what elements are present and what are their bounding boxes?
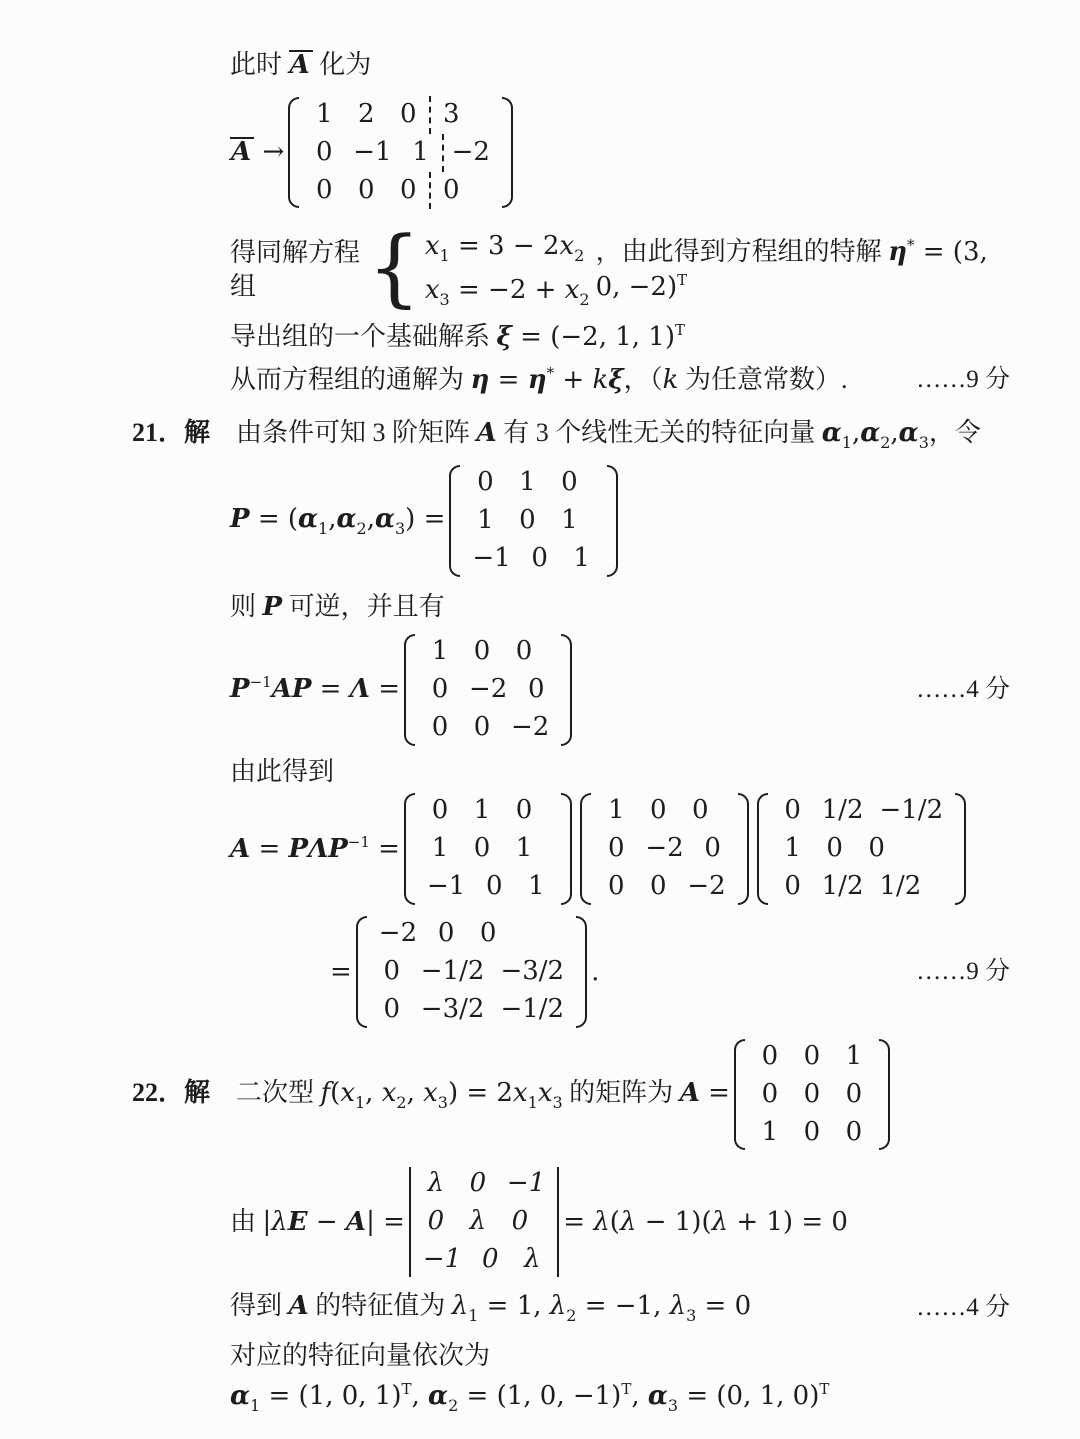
math-segment: 1 [318, 519, 328, 538]
matrix-row: 010 [419, 792, 557, 830]
matrix-p: 010101−101 [449, 462, 617, 580]
math-segment: 3 [919, 433, 929, 452]
math-segment: x [382, 1078, 397, 1108]
math-segment: = [250, 834, 288, 864]
math-segment: 则 [230, 592, 263, 621]
math-segment: 1 [355, 1093, 365, 1112]
math-segment: 由条件可知 3 阶矩阵 [210, 418, 477, 447]
matrix-cell: 0 [637, 868, 679, 906]
math-segment: A [230, 137, 254, 166]
matrix-cell: −2 [503, 709, 557, 747]
math-segment: λ [271, 1207, 287, 1237]
math-segment: + [554, 365, 592, 395]
basis-solution-text: 导出组的一个基础解系 ξ = (−2, 1, 1)T [230, 320, 685, 355]
augmented-matrix-abar: 12030−11−20000 [288, 94, 513, 212]
math-segment: = −2 + [450, 275, 565, 305]
matrix-cell: 0 [503, 633, 545, 671]
matrix-body: 12030−11−20000 [299, 94, 502, 212]
math-segment: 1 [528, 1093, 538, 1112]
product-matrix-3: 01/2−1/210001/21/2 [757, 790, 966, 908]
matrix-cell: 0 [461, 709, 503, 747]
math-segment: T [675, 321, 685, 339]
math-segment: = [370, 674, 400, 704]
matrix-p-lhs-text: P = (α1,α2,α3) = [230, 502, 445, 540]
math-segment: E [288, 1207, 308, 1237]
math-segment: ( [330, 1078, 340, 1108]
math-segment: 可逆，并且有 [282, 592, 445, 621]
matrix-paren-left [757, 793, 768, 905]
eq-general-solution: 从而方程组的通解为 η = η* + kξ，（k 为任意常数）. ……9 分 [230, 363, 1010, 398]
matrix-cell: 0 [772, 868, 814, 906]
matrix-paren-left [288, 97, 299, 209]
matrix-body: 001000100 [745, 1036, 879, 1154]
matrix-body: −2000−1/2−3/20−3/2−1/2 [367, 913, 576, 1031]
matrix-paren-right [561, 634, 572, 746]
matrix-body: λ0−10λ0−10λ [411, 1163, 557, 1281]
math-segment: 得同解方程组 [230, 238, 360, 301]
matrix-row: −101 [419, 868, 557, 906]
matrix-cell: −1/2 [413, 953, 493, 991]
math-segment: k [592, 365, 608, 395]
math-segment: α [648, 1381, 668, 1411]
matrix-paren-right [576, 916, 587, 1028]
math-segment: | = [366, 1207, 405, 1237]
math-segment: 1 [468, 1306, 478, 1325]
math-segment: 2 [448, 1396, 458, 1415]
math-segment: 2 [357, 519, 367, 538]
math-segment: λ [452, 1291, 468, 1321]
matrix-cell: 1 [548, 502, 590, 540]
matrix-cell: 3 [429, 96, 471, 134]
math-segment: 导出组的一个基础解系 [230, 322, 497, 351]
math-segment: , [367, 504, 375, 534]
math-segment: = [563, 1207, 593, 1237]
matrix-cell: −1 [345, 134, 399, 172]
matrix-cell: −1 [419, 868, 473, 906]
math-segment: 3 [668, 1396, 678, 1415]
matrix-cell: 1 [503, 830, 545, 868]
matrix-cell: 0 [473, 868, 515, 906]
matrix-row: −10λ [415, 1241, 553, 1279]
problem-22-solution-header: 22．解 二次型 f(x1, x2, x3) = 2x1x3 的矩阵为 A = … [132, 1036, 1010, 1154]
math-segment: → [254, 137, 284, 167]
math-segment: = [330, 957, 352, 987]
math-segment: α [860, 418, 880, 448]
context-intro-text: 此时 A 化为 [230, 48, 371, 82]
matrix-cell: 0 [345, 172, 387, 210]
characteristic-determinant: λ0−10λ0−10λ [409, 1163, 559, 1281]
matrix-paren-right [502, 97, 513, 209]
matrix-paren-left [404, 793, 415, 905]
matrix-paren-left [734, 1039, 745, 1151]
equation-system: { x1 = 3 − 2x2 x3 = −2 + x2 [367, 226, 589, 314]
score-mark-9a: ……9 分 [896, 364, 1010, 397]
score-mark-4b: ……4 分 [896, 1292, 1010, 1325]
matrix-cell: 0 [679, 792, 721, 830]
score-mark-9b: ……9 分 [896, 956, 1010, 989]
math-segment: 1 [842, 433, 852, 452]
matrix-row: 01/2−1/2 [772, 792, 951, 830]
math-segment: = [489, 365, 527, 395]
eq-eigenvectors: α1 = (1, 0, 1)T, α2 = (1, 0, −1)T, α3 = … [230, 1379, 1010, 1417]
math-segment: λ [593, 1207, 609, 1237]
matrix-cell: 0 [387, 96, 429, 134]
product-matrix-2: 1000−2000−2 [580, 790, 748, 908]
matrix-cell: 1 [464, 502, 506, 540]
matrix-cell: 0 [856, 830, 898, 868]
math-segment: A [477, 418, 497, 448]
math-segment: , [328, 504, 336, 534]
quadratic-form-matrix: 001000100 [734, 1036, 890, 1154]
math-segment: ，由此得到方程组的特解 [596, 237, 889, 266]
math-segment: 1 [250, 1396, 260, 1415]
p-invertible-text: 则 P 可逆，并且有 [230, 590, 445, 625]
math-segment: = [370, 834, 400, 864]
matrix-row: 100 [419, 633, 557, 671]
math-segment: α [375, 504, 395, 534]
eigenvector-intro-text: 对应的特征向量依次为 [230, 1339, 490, 1373]
eq-diagonal-form: P−1AP = Λ = 1000−2000−2 ……4 分 [230, 631, 1010, 749]
math-segment: 2 [579, 290, 589, 309]
matrix-row: 101 [419, 830, 557, 868]
math-segment: 由此得到 [230, 757, 334, 786]
matrix-cell: λ [457, 1203, 499, 1241]
equation-system-body: x1 = 3 − 2x2 x3 = −2 + x2 [421, 226, 590, 314]
matrix-cell: 0 [464, 464, 506, 502]
matrix-cell: 1 [595, 792, 637, 830]
matrix-cell: 0 [519, 540, 561, 578]
matrix-cell: −2 [371, 915, 425, 953]
math-segment: P [230, 504, 250, 534]
math-segment: = (−2, 1, 1) [512, 322, 675, 352]
matrix-row: 0λ0 [415, 1203, 553, 1241]
math-segment: , [407, 1078, 424, 1108]
math-segment: 2 [566, 1306, 576, 1325]
math-segment: = (1, 0, 1) [260, 1381, 401, 1411]
matrix-cell: −3/2 [492, 953, 572, 991]
matrix-row: 100 [595, 792, 733, 830]
scanned-solution-page: 此时 A 化为 A → 12030−11−20000 得同解方程组 { x1 =… [0, 0, 1080, 1439]
math-segment: T [621, 1380, 631, 1398]
math-segment: k [663, 365, 679, 395]
math-segment: A [289, 1291, 309, 1321]
matrix-cell: −1 [499, 1165, 553, 1203]
matrix-cell: 0 [772, 792, 814, 830]
eigenvectors-text: α1 = (1, 0, 1)T, α2 = (1, 0, −1)T, α3 = … [230, 1379, 829, 1417]
math-segment: 2 [574, 246, 584, 265]
math-segment: 3 [686, 1306, 696, 1325]
matrix-cell: λ [415, 1165, 457, 1203]
math-segment: 的矩阵为 [563, 1078, 680, 1107]
matrix-cell: 0 [833, 1114, 875, 1152]
math-segment: 1 [440, 246, 450, 265]
math-segment: , [412, 1381, 429, 1411]
matrix-cell: 1 [833, 1038, 875, 1076]
matrix-cell: 2 [345, 96, 387, 134]
matrix-row: 0−20 [595, 830, 733, 868]
math-segment: 由 [230, 1207, 263, 1236]
math-segment: α [428, 1381, 448, 1411]
math-segment: x [425, 275, 440, 305]
left-brace: { [367, 234, 420, 301]
math-segment: η [528, 365, 547, 395]
math-segment: 从而方程组的通解为 [230, 365, 471, 394]
math-segment: x [340, 1078, 355, 1108]
matrix-cell: 0 [415, 1203, 457, 1241]
matrix-cell: 1 [772, 830, 814, 868]
math-segment: A [346, 1207, 366, 1237]
matrix-cell: 1 [303, 96, 345, 134]
math-segment: f [321, 1078, 331, 1108]
math-segment: , [365, 1078, 382, 1108]
matrix-row: 101 [464, 502, 602, 540]
matrix-cell: 0 [595, 830, 637, 868]
matrix-cell: −1/2 [871, 792, 951, 830]
line-eigenvalues: 得到 A 的特征值为 λ1 = 1, λ2 = −1, λ3 = 0 ……4 分 [230, 1289, 1010, 1327]
matrix-cell: −3/2 [413, 991, 493, 1029]
equation-case-1: x1 = 3 − 2x2 [421, 226, 590, 270]
matrix-cell: 0 [791, 1114, 833, 1152]
math-segment: x [565, 275, 580, 305]
matrix-row: 0000 [303, 172, 498, 210]
matrix-cell: 0 [419, 671, 461, 709]
matrix-row: 1203 [303, 96, 498, 134]
line-context-intro: 此时 A 化为 [230, 48, 1010, 82]
eq-augmented-rref: A → 12030−11−20000 [230, 94, 1010, 212]
matrix-row: 0−20 [419, 671, 557, 709]
matrix-cell: 0 [749, 1038, 791, 1076]
math-segment: −1 [348, 833, 370, 851]
matrix-cell: 0 [469, 1241, 511, 1279]
matrix-row: λ0−1 [415, 1165, 553, 1203]
math-segment: A [230, 834, 250, 864]
math-segment: − [308, 1207, 346, 1237]
math-segment: Λ [350, 674, 370, 704]
matrix-paren-right [879, 1039, 890, 1151]
matrix-row: 100 [749, 1114, 875, 1152]
determinant-bar-right [557, 1167, 559, 1277]
matrix-cell: 0 [506, 502, 548, 540]
eq-a-decomposition: A = PΛP−1 = 010101−101 1000−2000−2 01/2−… [230, 790, 1010, 908]
math-segment: 二次型 [210, 1078, 321, 1107]
math-segment: T [819, 1380, 829, 1398]
matrix-body: 1000−2000−2 [415, 631, 561, 749]
matrix-cell: 1/2 [814, 792, 872, 830]
matrix-row: 00−2 [595, 868, 733, 906]
matrix-cell: 1 [400, 134, 442, 172]
math-segment: x [423, 1078, 438, 1108]
matrix-row: 00−2 [419, 709, 557, 747]
math-segment: 3 [440, 290, 450, 309]
matrix-cell: −1 [464, 540, 518, 578]
line-thus: 由此得到 [230, 755, 1010, 789]
matrix-cell: 0 [548, 464, 590, 502]
math-segment: ( [610, 1207, 620, 1237]
matrix-cell: 0 [461, 633, 503, 671]
matrix-cell: 0 [503, 792, 545, 830]
math-segment: P [230, 674, 250, 704]
matrix-cell: 0 [303, 134, 345, 172]
matrix-cell: 0 [303, 172, 345, 210]
matrix-cell: 0 [833, 1076, 875, 1114]
matrix-paren-left [580, 793, 591, 905]
math-segment: | [263, 1207, 272, 1237]
eq-matrix-p: P = (α1,α2,α3) = 010101−101 [230, 462, 1010, 580]
matrix-cell: −1/2 [492, 991, 572, 1029]
matrix-cell: 0 [419, 792, 461, 830]
math-segment: α [899, 418, 919, 448]
equation-case-2: x3 = −2 + x2 [421, 270, 590, 314]
math-segment: 21．解 [132, 418, 210, 447]
math-segment: A [289, 50, 313, 79]
matrix-body: 1000−2000−2 [591, 790, 737, 908]
matrix-paren-right [561, 793, 572, 905]
math-segment: = 0 [696, 1291, 751, 1321]
math-segment: λ [670, 1291, 686, 1321]
matrix-cell: 1 [419, 830, 461, 868]
matrix-cell: 0 [425, 915, 467, 953]
math-segment: PΛP [289, 834, 348, 864]
math-segment: ξ [608, 365, 623, 395]
math-segment: 得到 [230, 1291, 289, 1320]
math-segment: ) = 2 [448, 1078, 513, 1108]
math-segment: x [425, 231, 440, 261]
math-segment: ) = [405, 504, 445, 534]
particular-solution-text: ，由此得到方程组的特解 η* = (3, 0, −2)T [596, 235, 1010, 305]
math-segment: = −1, [576, 1291, 669, 1321]
math-segment: 3 [438, 1093, 448, 1112]
math-segment: = 3 − 2 [450, 231, 560, 261]
math-segment: x [538, 1078, 553, 1108]
eq-fundamental-solution: 导出组的一个基础解系 ξ = (−2, 1, 1)T [230, 320, 1010, 355]
matrix-cell: λ [511, 1241, 553, 1279]
eigenvalues-text: 得到 A 的特征值为 λ1 = 1, λ2 = −1, λ3 = 0 [230, 1289, 751, 1327]
eq-characteristic-polynomial: 由 |λE − A| = λ0−10λ0−10λ = λ(λ − 1)(λ + … [230, 1163, 1010, 1281]
problem-21-text: 21．解 由条件可知 3 阶矩阵 A 有 3 个线性无关的特征向量 α1,α2,… [132, 416, 981, 454]
math-segment: + 1) = 0 [728, 1207, 848, 1237]
thus-text: 由此得到 [230, 755, 334, 789]
matrix-cell: 0 [499, 1203, 541, 1241]
matrix-row: 001 [749, 1038, 875, 1076]
diagonalization-lhs-text: P−1AP = Λ = [230, 672, 400, 707]
math-segment: , [631, 1381, 648, 1411]
line-p-invertible: 则 P 可逆，并且有 [230, 590, 1010, 625]
result-period-text: . [591, 955, 599, 990]
math-segment: 3 [395, 519, 405, 538]
math-segment: = [311, 674, 349, 704]
matrix-cell: −2 [637, 830, 691, 868]
matrix-cell: 0 [371, 953, 413, 991]
eq-a-result: = −2000−1/2−3/20−3/2−1/2 . ……9 分 [330, 913, 1010, 1031]
matrix-row: 0−11−2 [303, 134, 498, 172]
matrix-cell: 0 [814, 830, 856, 868]
math-segment: 为任意常数）. [678, 365, 847, 394]
math-segment: x [559, 231, 574, 261]
result-matrix: −2000−1/2−3/20−3/2−1/2 [356, 913, 587, 1031]
matrix-cell: 1 [419, 633, 461, 671]
math-segment: η [888, 237, 907, 267]
math-segment: A [680, 1078, 700, 1108]
matrix-row: −101 [464, 540, 602, 578]
math-segment: α [230, 1381, 250, 1411]
matrix-cell: 0 [419, 709, 461, 747]
matrix-lambda: 1000−2000−2 [404, 631, 572, 749]
matrix-cell: 0 [791, 1038, 833, 1076]
matrix-body: 01/2−1/210001/21/2 [768, 790, 955, 908]
matrix-cell: −2 [461, 671, 515, 709]
determinant-rhs-text: = λ(λ − 1)(λ + 1) = 0 [563, 1205, 848, 1240]
math-segment: η [471, 365, 490, 395]
matrix-cell: 1 [749, 1114, 791, 1152]
line-eigenvector-intro: 对应的特征向量依次为 [230, 1339, 1010, 1373]
matrix-row: 000 [749, 1076, 875, 1114]
matrix-cell: −2 [442, 134, 498, 172]
matrix-paren-left [356, 916, 367, 1028]
matrix-body: 010101−101 [460, 462, 606, 580]
matrix-cell: 1 [461, 792, 503, 830]
math-segment: AP [272, 674, 312, 704]
matrix-row: −200 [371, 915, 572, 953]
eq-equivalent-system: 得同解方程组 { x1 = 3 − 2x2 x3 = −2 + x2 ，由此得到… [230, 226, 1010, 314]
math-segment: −1 [250, 673, 272, 691]
math-segment: , [890, 418, 898, 448]
math-segment: 2 [396, 1093, 406, 1112]
math-segment: 化为 [313, 50, 372, 79]
score-mark-4a: ……4 分 [896, 674, 1010, 707]
determinant-lhs-text: 由 |λE − A| = [230, 1205, 405, 1240]
math-segment: T [677, 271, 687, 289]
matrix-row: 100 [772, 830, 951, 868]
matrix-paren-right [607, 465, 618, 577]
system-label-text: 得同解方程组 [230, 236, 361, 304]
math-segment: . [591, 957, 599, 987]
math-segment: x [513, 1078, 528, 1108]
math-segment: 22．解 [132, 1078, 210, 1107]
matrix-cell: −1 [415, 1241, 469, 1279]
math-segment: 3 [552, 1093, 562, 1112]
result-equals-text: = [330, 955, 352, 990]
matrix-cell: 1 [506, 464, 548, 502]
matrix-cell: 1/2 [814, 868, 872, 906]
math-segment: T [402, 1380, 412, 1398]
matrix-cell: 0 [387, 172, 429, 210]
math-segment: λ [620, 1207, 636, 1237]
math-segment: P [263, 592, 283, 622]
a-product-lhs-text: A = PΛP−1 = [230, 832, 400, 867]
math-segment: ，令 [929, 418, 981, 447]
matrix-row: 0−1/2−3/2 [371, 953, 572, 991]
problem-21-solution-header: 21．解 由条件可知 3 阶矩阵 A 有 3 个线性无关的特征向量 α1,α2,… [132, 416, 1010, 454]
matrix-cell: 0 [637, 792, 679, 830]
matrix-cell: 0 [461, 830, 503, 868]
matrix-paren-left [449, 465, 460, 577]
math-segment: 对应的特征向量依次为 [230, 1341, 490, 1370]
matrix-cell: 0 [595, 868, 637, 906]
math-segment: ，（ [624, 365, 663, 394]
matrix-cell: −2 [679, 868, 733, 906]
abar-arrow-text: A → [230, 135, 284, 170]
math-segment: λ [712, 1207, 728, 1237]
matrix-cell: 0 [457, 1165, 499, 1203]
math-segment: 2 [880, 433, 890, 452]
matrix-cell: 1 [515, 868, 557, 906]
math-segment: , [852, 418, 860, 448]
math-segment: − 1)( [636, 1207, 711, 1237]
matrix-cell: 0 [692, 830, 734, 868]
matrix-paren-left [404, 634, 415, 746]
matrix-cell: 0 [371, 991, 413, 1029]
math-segment: α [337, 504, 357, 534]
